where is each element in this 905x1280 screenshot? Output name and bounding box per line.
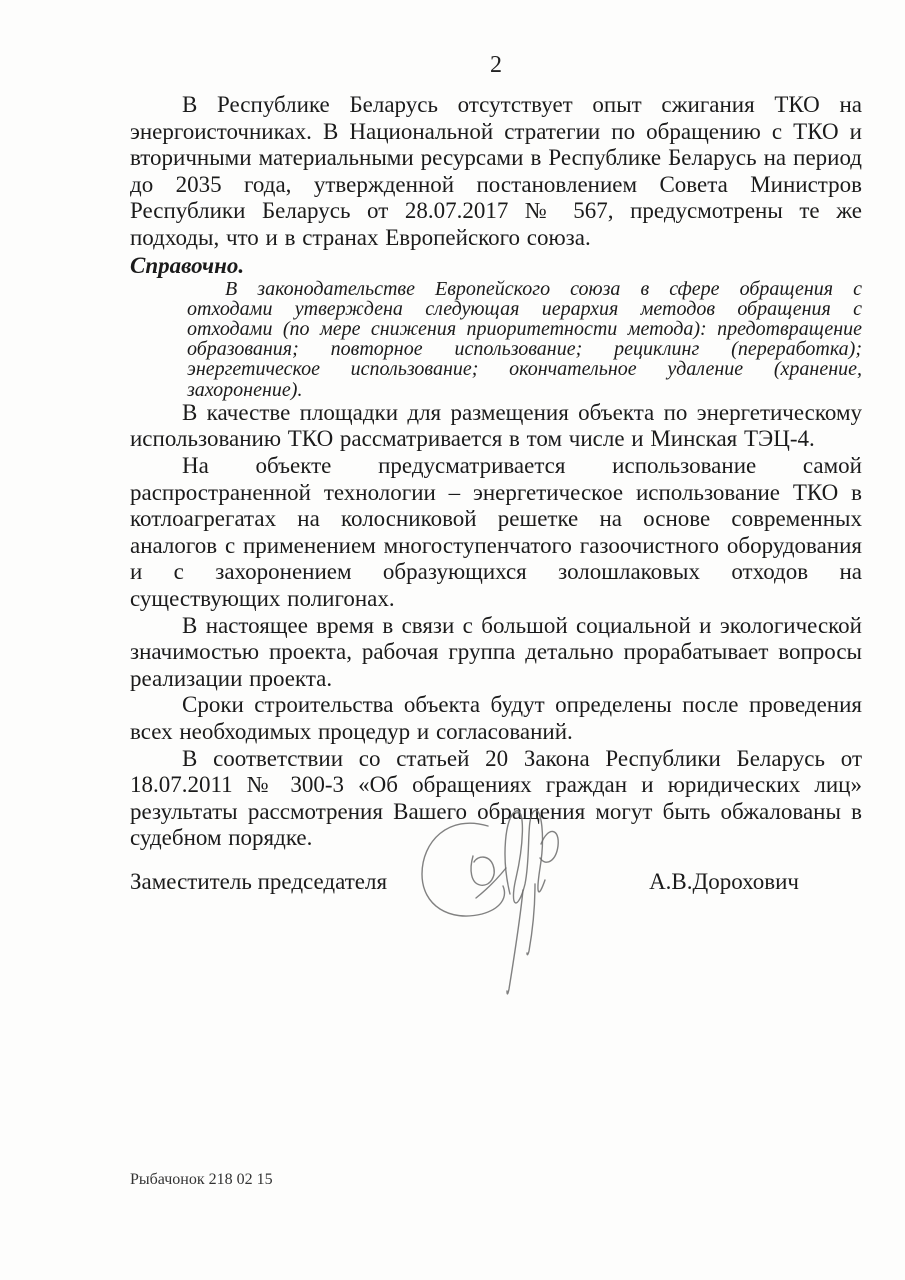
document-content: 2 В Республике Беларусь отсутствует опыт…	[130, 0, 862, 895]
signature-title: Заместитель председателя	[130, 868, 387, 895]
paragraph-technology: На объекте предусматривается использован…	[130, 453, 862, 613]
paragraph-terms: Сроки строительства объекта будут опреде…	[130, 692, 862, 745]
paragraph-site: В качестве площадки для размещения объек…	[130, 400, 862, 453]
signature-row: Заместитель председателя А.В.Дорохович	[130, 868, 862, 895]
footer-reference: Рыбачонок 218 02 15	[130, 1170, 273, 1190]
paragraph-intro: В Республике Беларусь отсутствует опыт с…	[130, 92, 862, 252]
reference-heading: Справочно.	[130, 252, 862, 279]
signature-name: А.В.Дорохович	[649, 868, 799, 895]
reference-body: В законодательстве Европейского союза в …	[187, 279, 862, 400]
page-number: 2	[130, 0, 862, 78]
document-page: 2 В Республике Беларусь отсутствует опыт…	[0, 0, 905, 1280]
paragraph-working-group: В настоящее время в связи с большой соци…	[130, 613, 862, 693]
paragraph-appeal-law: В соответствии со статьей 20 Закона Респ…	[130, 746, 862, 852]
